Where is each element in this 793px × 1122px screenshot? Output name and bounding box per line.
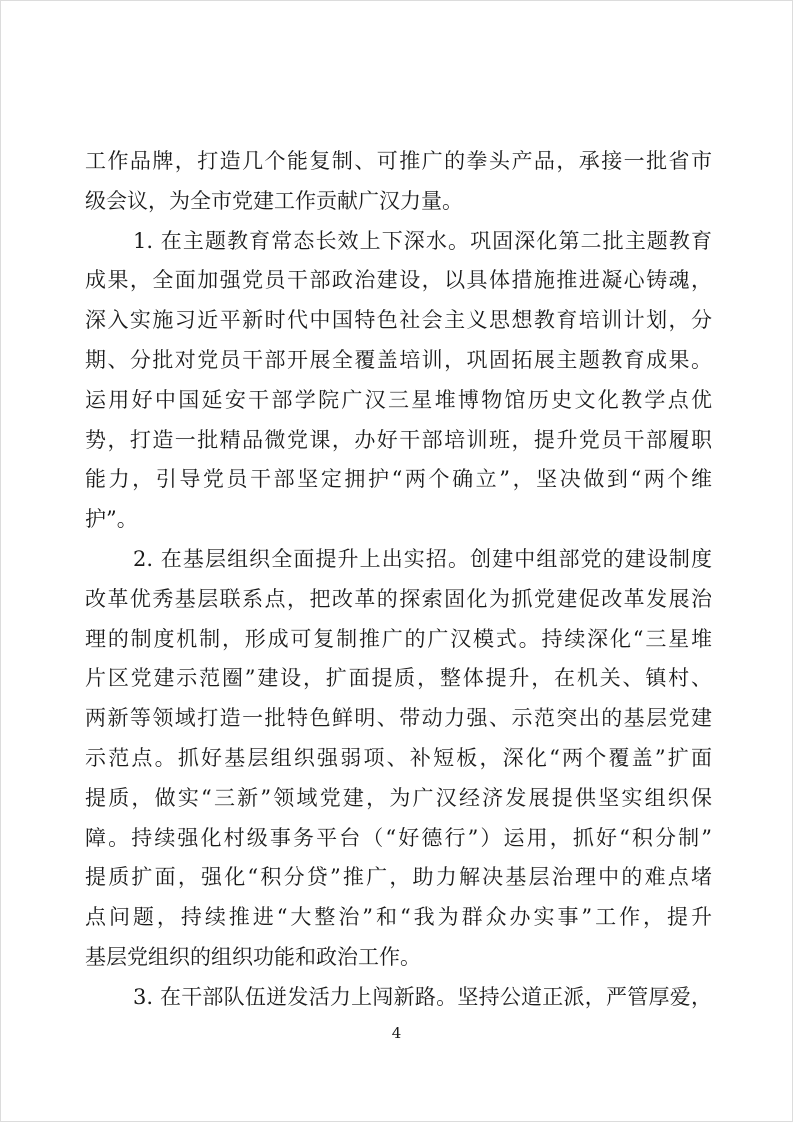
text-line: 示范点。抓好基层组织强弱项、补短板，深化“两个覆盖”扩面 [85,739,712,779]
text-body: 工作品牌，打造几个能复制、可推广的拳头产品，承接一批省市级会议，为全市党建工作贡… [85,142,712,1018]
text-line: 势，打造一批精品微党课，办好干部培训班，提升党员干部履职 [85,421,712,461]
text-line: 理的制度机制，形成可复制推广的广汉模式。持续深化“三星堆 [85,620,712,660]
text-line: 障。持续强化村级事务平台（“好德行”）运用，抓好“积分制” [85,819,712,859]
text-line: 基层党组织的组织功能和政治工作。 [85,938,712,978]
text-line: 级会议，为全市党建工作贡献广汉力量。 [85,182,712,222]
text-line: 提质，做实“三新”领域党建，为广汉经济发展提供坚实组织保 [85,779,712,819]
paragraph: 工作品牌，打造几个能复制、可推广的拳头产品，承接一批省市级会议，为全市党建工作贡… [85,142,712,222]
text-line: 成果，全面加强党员干部政治建设，以具体措施推进凝心铸魂， [85,261,712,301]
text-line: 片区党建示范圈”建设，扩面提质，整体提升，在机关、镇村、 [85,659,712,699]
text-line: 3. 在干部队伍迸发活力上闯新路。坚持公道正派，严管厚爱， [85,978,712,1018]
text-line: 点问题，持续推进“大整治”和“我为群众办实事”工作，提升 [85,898,712,938]
page-footer: 4 [1,1023,792,1042]
text-line: 能力，引导党员干部坚定拥护“两个确立”，坚决做到“两个维 [85,460,712,500]
text-line: 深入实施习近平新时代中国特色社会主义思想教育培训计划，分 [85,301,712,341]
paragraph: 2. 在基层组织全面提升上出实招。创建中组部党的建设制度改革优秀基层联系点，把改… [85,540,712,978]
document-page: 工作品牌，打造几个能复制、可推广的拳头产品，承接一批省市级会议，为全市党建工作贡… [0,0,793,1122]
text-line: 1. 在主题教育常态长效上下深水。巩固深化第二批主题教育 [85,222,712,262]
text-line: 期、分批对党员干部开展全覆盖培训，巩固拓展主题教育成果。 [85,341,712,381]
text-line: 护”。 [85,500,712,540]
paragraph: 1. 在主题教育常态长效上下深水。巩固深化第二批主题教育成果，全面加强党员干部政… [85,222,712,540]
text-line: 提质扩面，强化“积分贷”推广，助力解决基层治理中的难点堵 [85,858,712,898]
text-line: 工作品牌，打造几个能复制、可推广的拳头产品，承接一批省市 [85,142,712,182]
text-line: 改革优秀基层联系点，把改革的探索固化为抓党建促改革发展治 [85,580,712,620]
text-line: 2. 在基层组织全面提升上出实招。创建中组部党的建设制度 [85,540,712,580]
page-number: 4 [392,1024,402,1042]
paragraph: 3. 在干部队伍迸发活力上闯新路。坚持公道正派，严管厚爱， [85,978,712,1018]
text-line: 两新等领域打造一批特色鲜明、带动力强、示范突出的基层党建 [85,699,712,739]
text-line: 运用好中国延安干部学院广汉三星堆博物馆历史文化教学点优 [85,381,712,421]
